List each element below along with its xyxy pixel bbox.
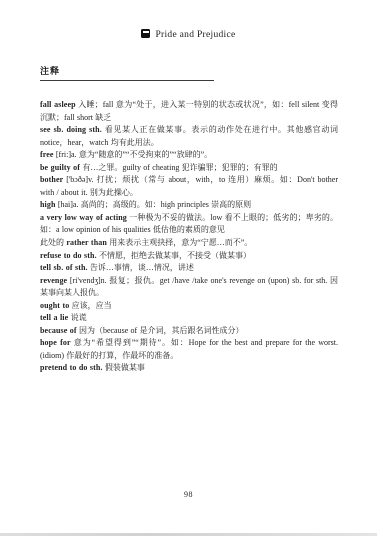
entry-term: hope for — [40, 338, 71, 347]
entry-definition: 有…之罪。guilty of cheating 犯诈骗罪；犯罪的；有罪的 — [80, 163, 278, 172]
entry-definition: 告诉…事情，谈…情况，讲述 — [88, 263, 194, 272]
entry-definition: [fri:]a. 意为“随意的”“不受拘束的”“放肆的”。 — [54, 150, 213, 159]
entry-term: rather than — [66, 238, 107, 247]
entry-definition: 假装做某事 — [103, 363, 145, 372]
note-entry: 此处的 rather than 用来表示主观抉择，意为“宁愿…而不”。 — [40, 237, 338, 250]
note-entry: high [hai]a. 高尚的；高级的。如：high principles 崇… — [40, 199, 338, 212]
entry-definition: 不情愿，拒绝去做某事，不接受（做某事） — [97, 251, 251, 260]
entry-definition: 应该，应当 — [69, 301, 111, 310]
entry-definition: 因为（because of 是介词，其后跟名词性成分） — [77, 326, 244, 335]
entry-term: free — [40, 150, 54, 159]
note-entry: bother ['bɔðə]v. 打扰；烦扰（常与 about，with，to … — [40, 174, 338, 199]
notes-list: fall asleep 入睡；fall 意为“处于，进入某一特别的状态或状况”，… — [40, 99, 338, 375]
note-entry: tell a lie 说谎 — [40, 312, 338, 325]
entry-term: pretend to do sth. — [40, 363, 103, 372]
note-entry: ought to 应该，应当 — [40, 300, 338, 313]
entry-definition: [hai]a. 高尚的；高级的。如：high principles 崇高的原则 — [56, 200, 252, 209]
entry-definition: 用来表示主观抉择，意为“宁愿…而不”。 — [107, 238, 252, 247]
entry-term: fall asleep — [40, 100, 76, 109]
section-title: 注释 — [40, 64, 338, 77]
note-entry: refuse to do sth. 不情愿，拒绝去做某事，不接受（做某事） — [40, 250, 338, 263]
entry-term: high — [40, 200, 56, 209]
entry-term: because of — [40, 326, 77, 335]
entry-term: tell sb. of sth. — [40, 263, 88, 272]
entry-prefix-text: 此处的 — [40, 238, 66, 247]
entry-definition: ['bɔðə]v. 打扰；烦扰（常与 about，with，to 连用）麻烦。如… — [40, 175, 338, 197]
note-entry: free [fri:]a. 意为“随意的”“不受拘束的”“放肆的”。 — [40, 149, 338, 162]
running-header: Pride and Prejudice — [0, 29, 377, 40]
notes-section-heading: 注释 — [40, 64, 338, 81]
entry-definition: 意为“希望得到”“期待”。如：Hope for the best and pre… — [40, 338, 338, 360]
book-icon — [141, 29, 150, 38]
entry-term: a very low way of acting — [40, 213, 127, 222]
note-entry: revenge [ri'vendʒ]n. 报复；报仇。get /have /ta… — [40, 275, 338, 300]
entry-term: be guilty of — [40, 163, 80, 172]
note-entry: because of 因为（because of 是介词，其后跟名词性成分） — [40, 325, 338, 338]
entry-definition: 入睡；fall 意为“处于，进入某一特别的状态或状况”，如：fell silen… — [40, 100, 338, 122]
running-header-title: Pride and Prejudice — [155, 30, 235, 40]
note-entry: be guilty of 有…之罪。guilty of cheating 犯诈骗… — [40, 162, 338, 175]
page-number: 98 — [0, 490, 377, 499]
note-entry: pretend to do sth. 假装做某事 — [40, 362, 338, 375]
note-entry: fall asleep 入睡；fall 意为“处于，进入某一特别的状态或状况”，… — [40, 99, 338, 124]
entry-term: see sb. doing sth. — [40, 125, 102, 134]
entry-term: tell a lie — [40, 313, 68, 322]
entry-term: refuse to do sth. — [40, 251, 97, 260]
book-page: Pride and Prejudice 注释 fall asleep 入睡；fa… — [0, 0, 377, 536]
entry-definition: [ri'vendʒ]n. 报复；报仇。get /have /take one's… — [40, 276, 338, 298]
entry-term: bother — [40, 175, 63, 184]
entry-definition: 说谎 — [68, 313, 86, 322]
entry-term: revenge — [40, 276, 67, 285]
note-entry: see sb. doing sth. 看见某人正在做某事。表示的动作处在进行中。… — [40, 124, 338, 149]
entry-term: ought to — [40, 301, 69, 310]
note-entry: tell sb. of sth. 告诉…事情，谈…情况，讲述 — [40, 262, 338, 275]
note-entry: hope for 意为“希望得到”“期待”。如：Hope for the bes… — [40, 337, 338, 362]
section-underline — [40, 80, 214, 81]
note-entry: a very low way of acting 一种极为不妥的做法。low 看… — [40, 212, 338, 237]
